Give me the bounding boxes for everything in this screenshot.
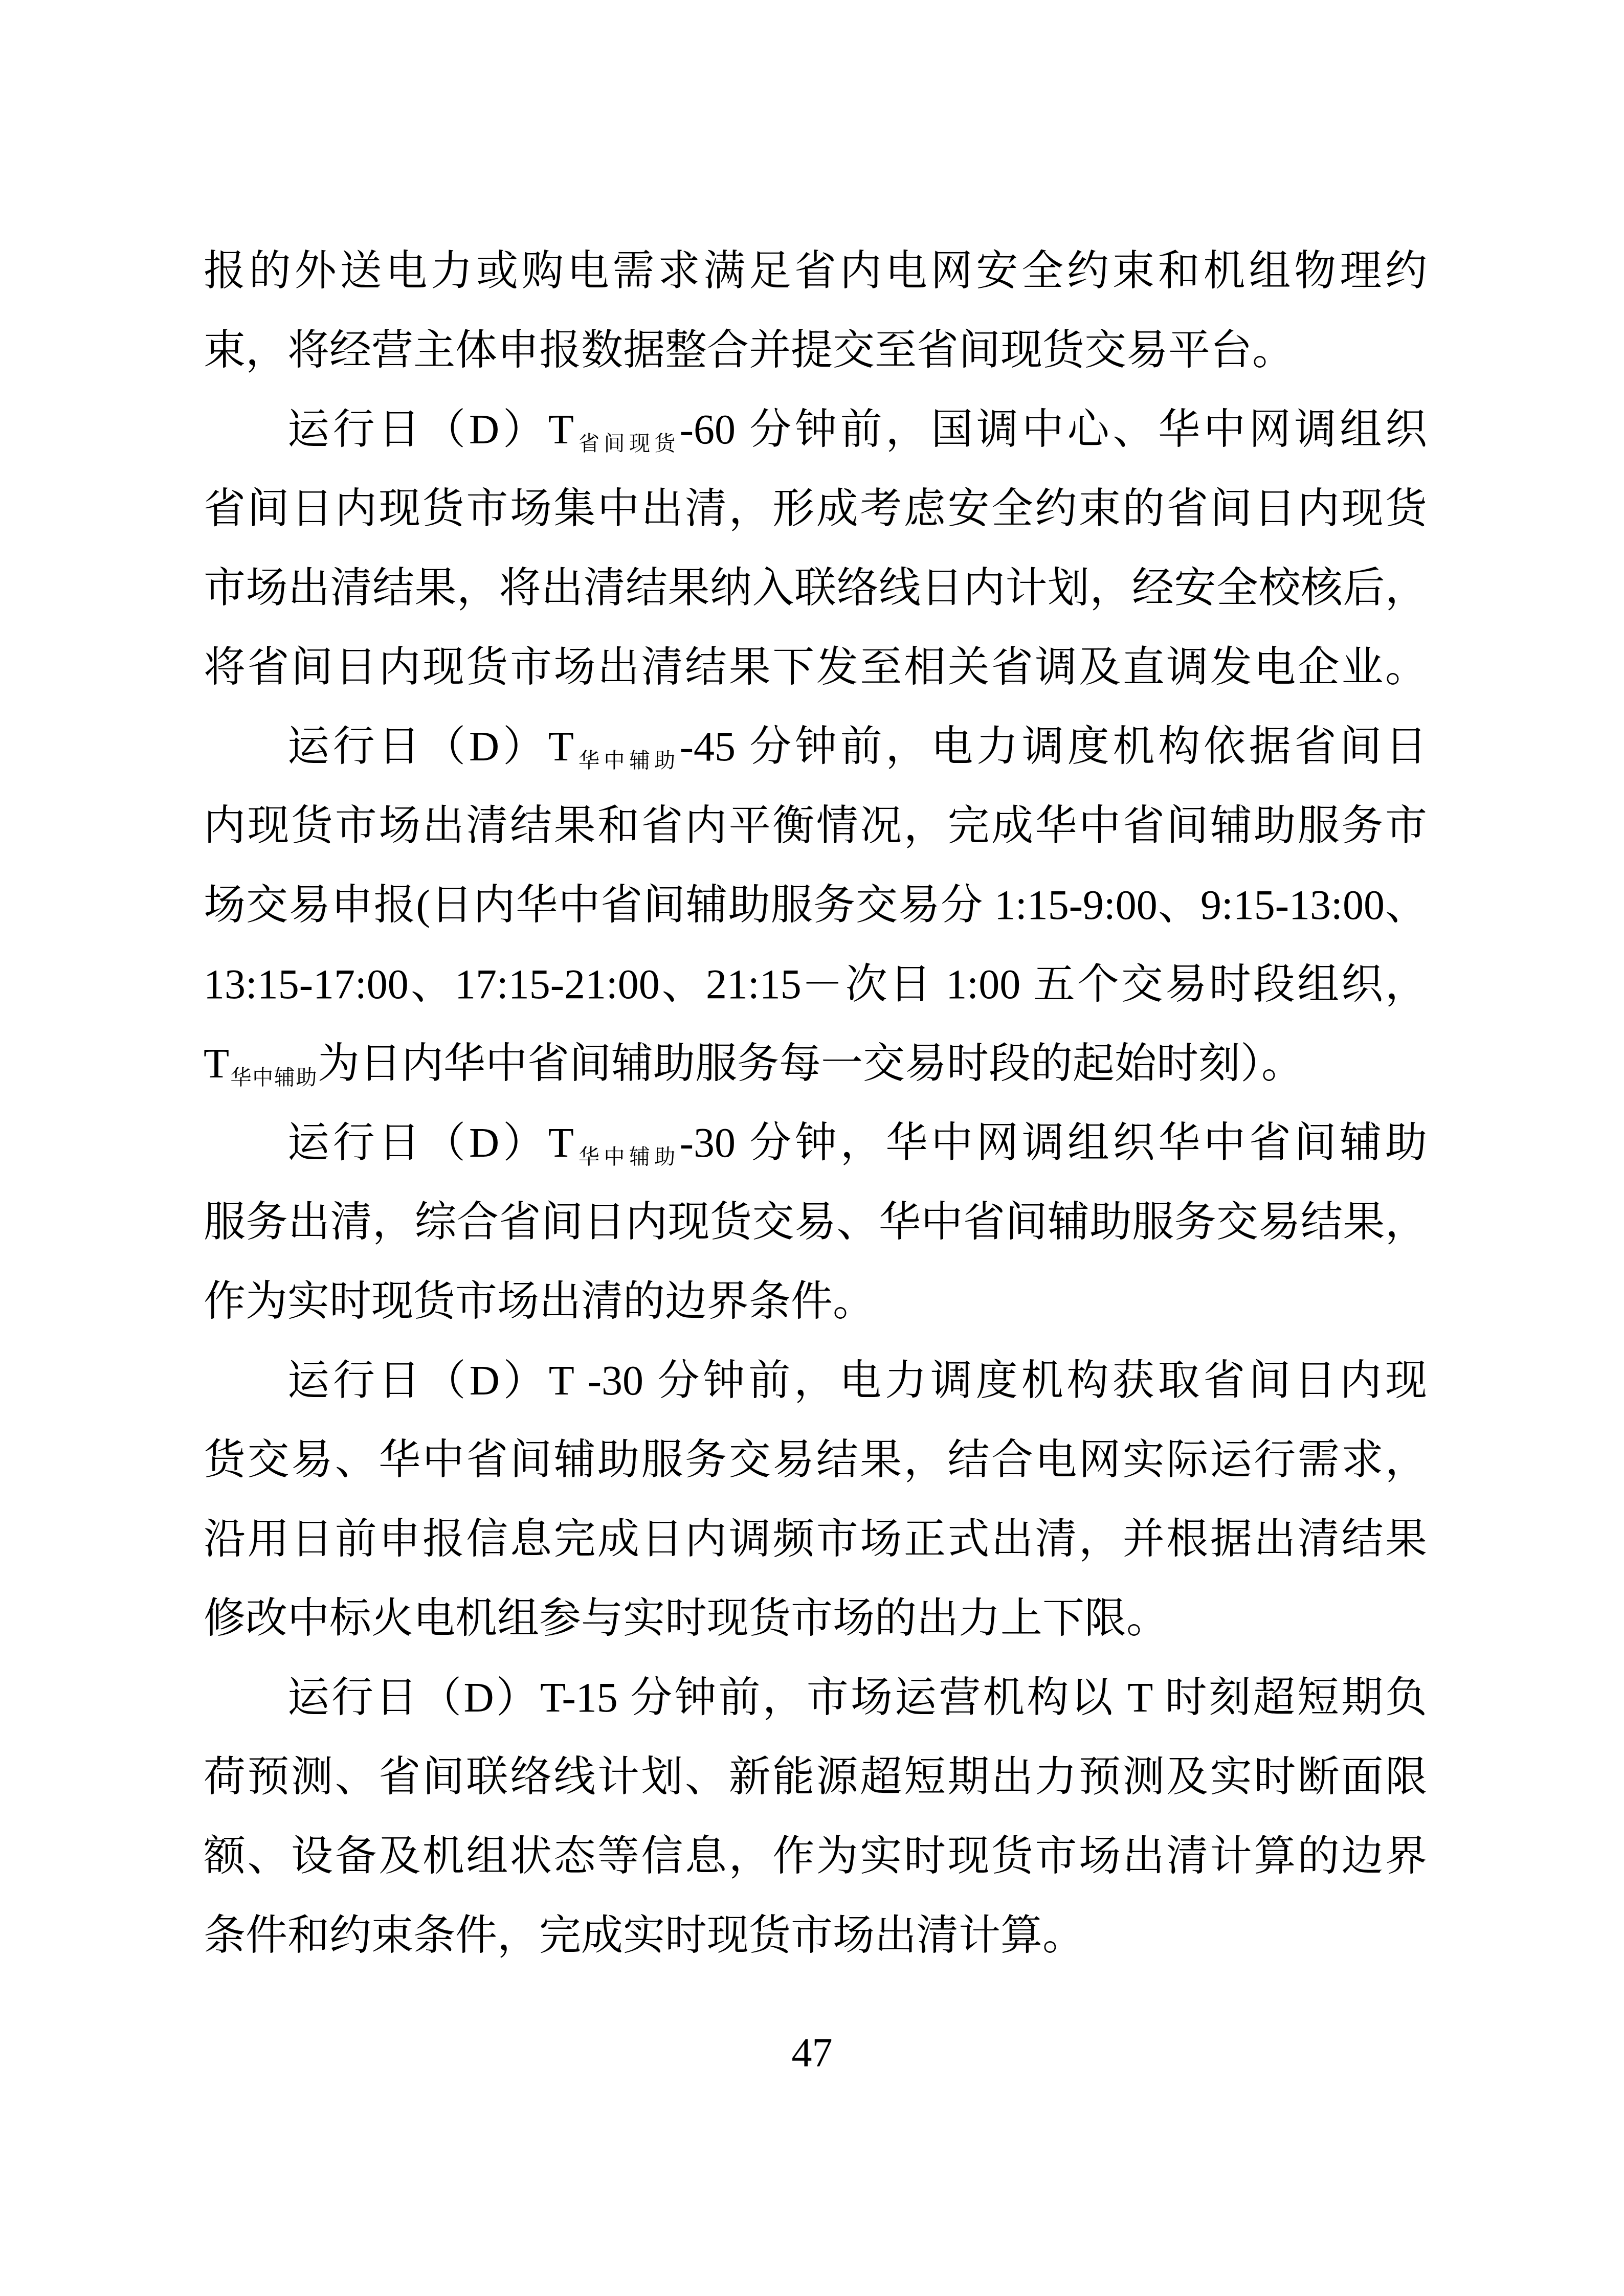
text-segment: 为日内华中省间辅助服务每一交易时段的起始时刻）。: [318, 1040, 1303, 1087]
text-segment: 将省间日内现货市场出清结果下发至相关省调及直调发电企业。: [204, 644, 1427, 690]
text-line: 货交易、华中省间辅助服务交易结果，结合电网实际运行需求，: [204, 1420, 1427, 1499]
text-line: 额、设备及机组状态等信息，作为实时现货市场出清计算的边界: [204, 1816, 1427, 1896]
text-line: 市场出清结果，将出清结果纳入联络线日内计划，经安全校核后，: [204, 548, 1427, 627]
text-line: 条件和约束条件，完成实时现货市场出清计算。: [204, 1896, 1427, 1975]
text-line: 运行日（D）T华中辅助-45 分钟前，电力调度机构依据省间日: [204, 707, 1427, 786]
subscript-segment: 省间现货: [575, 432, 679, 455]
text-segment: 作为实时现货市场出清的边界条件。: [204, 1278, 875, 1324]
text-segment: 运行日（D）T: [287, 723, 574, 770]
text-segment: 内现货市场出清结果和省内平衡情况，完成华中省间辅助服务市: [204, 802, 1427, 849]
document-body: 报的外送电力或购电需求满足省内电网安全约束和机组物理约束，将经营主体申报数据整合…: [204, 231, 1427, 1975]
text-segment: 条件和约束条件，完成实时现货市场出清计算。: [204, 1912, 1084, 1959]
text-segment: 运行日（D）T: [287, 406, 574, 453]
text-segment: -45 分钟前，电力调度机构依据省间日: [680, 723, 1427, 770]
text-line: 13:15-17:00、17:15-21:00、21:15－次日 1:00 五个…: [204, 944, 1427, 1024]
text-segment: 省间日内现货市场集中出清，形成考虑安全约束的省间日内现货: [204, 485, 1427, 532]
text-segment: 荷预测、省间联络线计划、新能源超短期出力预测及实时断面限: [204, 1753, 1427, 1800]
text-segment: 货交易、华中省间辅助服务交易结果，结合电网实际运行需求，: [204, 1436, 1427, 1483]
text-line: 作为实时现货市场出清的边界条件。: [204, 1262, 1427, 1341]
text-line: 沿用日前申报信息完成日内调频市场正式出清，并根据出清结果: [204, 1499, 1427, 1579]
document-page: 报的外送电力或购电需求满足省内电网安全约束和机组物理约束，将经营主体申报数据整合…: [0, 0, 1624, 2296]
page-number: 47: [0, 2022, 1624, 2084]
subscript-segment: 华中辅助: [575, 1145, 679, 1168]
text-segment: 13:15-17:00、17:15-21:00、21:15－次日 1:00 五个…: [204, 961, 1427, 1007]
text-segment: -60 分钟前，国调中心、华中网调组织: [680, 406, 1427, 453]
text-segment: T: [204, 1040, 229, 1087]
text-segment: 运行日（D）T: [287, 1119, 574, 1166]
text-segment: 修改中标火电机组参与实时现货市场的出力上下限。: [204, 1595, 1168, 1641]
text-segment: 沿用日前申报信息完成日内调频市场正式出清，并根据出清结果: [204, 1516, 1427, 1562]
text-line: 内现货市场出清结果和省内平衡情况，完成华中省间辅助服务市: [204, 786, 1427, 865]
text-line: T华中辅助为日内华中省间辅助服务每一交易时段的起始时刻）。: [204, 1024, 1427, 1103]
text-line: 报的外送电力或购电需求满足省内电网安全约束和机组物理约: [204, 231, 1427, 310]
text-line: 运行日（D）T -30 分钟前，电力调度机构获取省间日内现: [204, 1341, 1427, 1420]
text-line: 修改中标火电机组参与实时现货市场的出力上下限。: [204, 1579, 1427, 1658]
text-line: 运行日（D）T华中辅助-30 分钟，华中网调组织华中省间辅助: [204, 1103, 1427, 1182]
text-line: 荷预测、省间联络线计划、新能源超短期出力预测及实时断面限: [204, 1737, 1427, 1816]
text-line: 运行日（D）T-15 分钟前，市场运营机构以 T 时刻超短期负: [204, 1658, 1427, 1737]
subscript-segment: 华中辅助: [231, 1066, 318, 1089]
text-segment: 额、设备及机组状态等信息，作为实时现货市场出清计算的边界: [204, 1833, 1427, 1879]
text-segment: 运行日（D）T -30 分钟前，电力调度机构获取省间日内现: [287, 1357, 1427, 1404]
text-segment: 市场出清结果，将出清结果纳入联络线日内计划，经安全校核后，: [204, 565, 1427, 611]
text-segment: 报的外送电力或购电需求满足省内电网安全约束和机组物理约: [204, 247, 1427, 294]
text-segment: 运行日（D）T-15 分钟前，市场运营机构以 T 时刻超短期负: [287, 1674, 1427, 1721]
text-line: 束，将经营主体申报数据整合并提交至省间现货交易平台。: [204, 310, 1427, 390]
text-line: 省间日内现货市场集中出清，形成考虑安全约束的省间日内现货: [204, 469, 1427, 548]
text-line: 场交易申报(日内华中省间辅助服务交易分 1:15-9:00、9:15-13:00…: [204, 865, 1427, 944]
text-segment: -30 分钟，华中网调组织华中省间辅助: [680, 1119, 1427, 1166]
text-segment: 场交易申报(日内华中省间辅助服务交易分 1:15-9:00、9:15-13:00…: [204, 882, 1427, 928]
text-line: 服务出清，综合省间日内现货交易、华中省间辅助服务交易结果，: [204, 1182, 1427, 1262]
text-segment: 束，将经营主体申报数据整合并提交至省间现货交易平台。: [204, 327, 1294, 373]
text-line: 运行日（D）T省间现货-60 分钟前，国调中心、华中网调组织: [204, 390, 1427, 469]
subscript-segment: 华中辅助: [575, 749, 679, 772]
text-line: 将省间日内现货市场出清结果下发至相关省调及直调发电企业。: [204, 627, 1427, 707]
text-segment: 服务出清，综合省间日内现货交易、华中省间辅助服务交易结果，: [204, 1199, 1427, 1245]
